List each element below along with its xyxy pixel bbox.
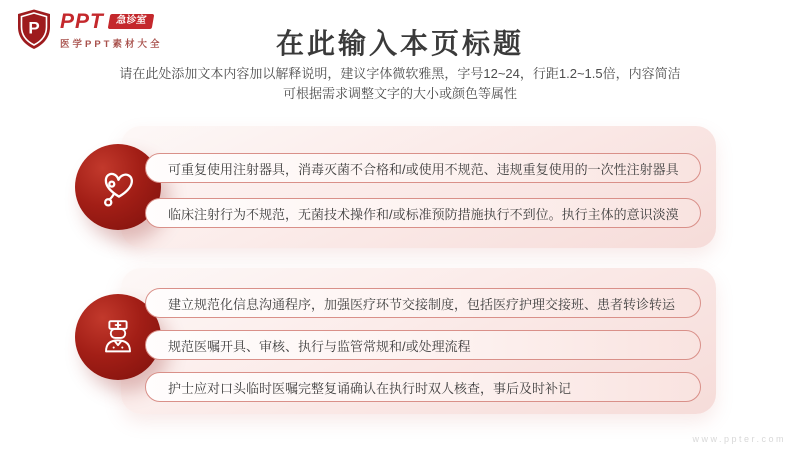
subtitle-line-1: 请在此处添加文本内容加以解释说明，建议字体微软雅黑，字号12~24，行距1.2~…: [0, 64, 800, 84]
list-item: 规范医嘱开具、审核、执行与监管常规和/或处理流程: [145, 330, 701, 360]
watermark-url: www.ppter.com: [692, 434, 786, 444]
list-item: 可重复使用注射器具，消毒灭菌不合格和/或使用不规范、违规重复使用的一次性注射器具: [145, 153, 701, 183]
list-item: 建立规范化信息沟通程序，加强医疗环节交接制度，包括医疗护理交接班、患者转诊转运: [145, 288, 701, 318]
list-item: 临床注射行为不规范，无菌技术操作和/或标准预防措施执行不到位。执行主体的意识淡漠: [145, 198, 701, 228]
subtitle-line-2: 可根据需求调整文字的大小或颜色等属性: [0, 84, 800, 104]
heart-stethoscope-icon: [95, 164, 141, 210]
section-panel-injection-safety: [121, 126, 716, 248]
slide: P PPT 急诊室 医学PPT素材大全 在此输入本页标题 请在此处添加文本内容加…: [0, 0, 800, 450]
list-item: 护士应对口头临时医嘱完整复诵确认在执行时双人核查，事后及时补记: [145, 372, 701, 402]
medical-staff-icon: [95, 314, 141, 360]
page-subtitle: 请在此处添加文本内容加以解释说明，建议字体微软雅黑，字号12~24，行距1.2~…: [0, 64, 800, 103]
page-title: 在此输入本页标题: [0, 22, 800, 62]
